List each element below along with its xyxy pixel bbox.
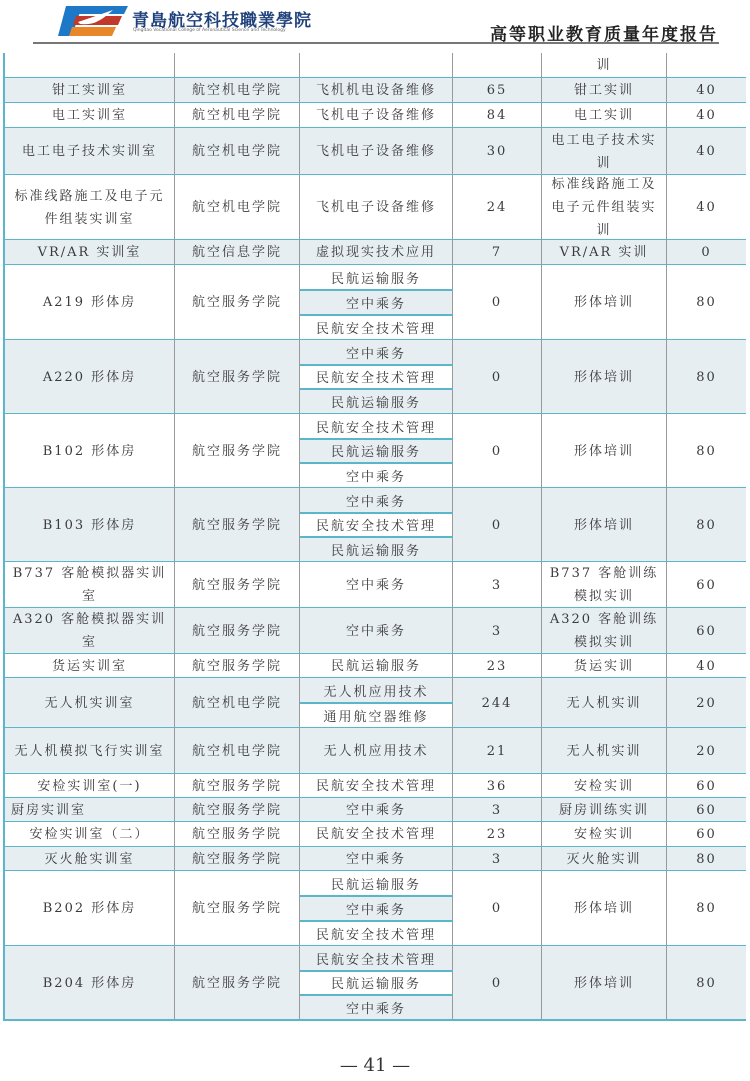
cell-count: 36 (453, 774, 542, 798)
cell-room: 电工实训室 (5, 103, 175, 128)
table-row: 电工实训室航空机电学院飞机电子设备维修84电工实训40 (5, 103, 746, 128)
cell-count: 3 (453, 847, 542, 871)
sub-row-divider (300, 994, 453, 996)
cell-major: 空中乘务 (300, 562, 453, 608)
cell-room: 安检实训室(一) (5, 774, 175, 798)
cell-college: 航空机电学院 (175, 78, 300, 103)
cell-room: B202 形体房 (5, 871, 175, 946)
sub-row-divider (300, 702, 453, 704)
cell-count: 30 (453, 128, 542, 175)
cell-major: 空中乘务 (300, 896, 453, 921)
cell-major (300, 53, 453, 78)
cell-major: 民航安全技术管理 (300, 513, 453, 538)
cell-room: 安检实训室（二） (5, 822, 175, 847)
table-row: B737 客舱模拟器实训室航空服务学院空中乘务3B737 客舱训练模拟实训60 (5, 562, 746, 608)
table-row: B103 形体房航空服务学院空中乘务民航安全技术管理民航运输服务0形体培训80 (5, 488, 746, 562)
school-name-en: Qingdao Vocational College of Aeronautic… (133, 28, 286, 33)
cell-college: 航空服务学院 (175, 608, 300, 654)
cell-count: 0 (453, 414, 542, 488)
cell-major: 无人机应用技术 (300, 728, 453, 774)
cell-major: 空中乘务 (300, 290, 453, 315)
cell-room: 厨房实训室 (5, 798, 175, 822)
cell-count: 244 (453, 678, 542, 728)
cell-major: 无人机应用技术 (300, 678, 453, 703)
cell-capacity: 80 (667, 265, 746, 340)
cell-major: 民航运输服务 (300, 439, 453, 464)
table-row: 标准线路施工及电子元件组装实训室航空机电学院飞机电子设备维修24标准线路施工及电… (5, 175, 746, 240)
cell-project: 厨房训练实训 (542, 798, 667, 822)
cell-room: 无人机实训室 (5, 678, 175, 728)
cell-count: 7 (453, 240, 542, 265)
college-logo-icon (58, 5, 128, 37)
table-row: 安检实训室（二）航空服务学院民航安全技术管理23安检实训60 (5, 822, 746, 847)
table-row: 无人机模拟飞行实训室航空机电学院无人机应用技术21无人机实训20 (5, 728, 746, 774)
table-row: B102 形体房航空服务学院民航安全技术管理民航运输服务空中乘务0形体培训80 (5, 414, 746, 488)
sub-row-divider (300, 920, 453, 922)
cell-college: 航空服务学院 (175, 562, 300, 608)
cell-college: 航空服务学院 (175, 340, 300, 414)
cell-project: 灭火舱实训 (542, 847, 667, 871)
sub-row-divider (300, 512, 453, 514)
cell-major: 空中乘务 (300, 798, 453, 822)
cell-major: 民航安全技术管理 (300, 822, 453, 847)
cell-count: 84 (453, 103, 542, 128)
cell-count: 0 (453, 265, 542, 340)
sub-row-divider (300, 364, 453, 366)
cell-major: 民航安全技术管理 (300, 774, 453, 798)
table-row: 电工电子技术实训室航空机电学院飞机电子设备维修30电工电子技术实训40 (5, 128, 746, 175)
cell-capacity: 0 (667, 240, 746, 265)
cell-major: 通用航空器维修 (300, 703, 453, 728)
cell-college: 航空服务学院 (175, 654, 300, 678)
cell-room: 灭火舱实训室 (5, 847, 175, 871)
cell-major: 民航安全技术管理 (300, 365, 453, 390)
cell-major: 飞机机电设备维修 (300, 78, 453, 103)
cell-capacity (667, 53, 746, 78)
cell-college: 航空信息学院 (175, 240, 300, 265)
cell-major: 飞机电子设备维修 (300, 175, 453, 240)
header-divider (33, 42, 719, 44)
cell-major: 虚拟现实技术应用 (300, 240, 453, 265)
cell-project: 形体培训 (542, 871, 667, 946)
cell-count (453, 53, 542, 78)
cell-college: 航空服务学院 (175, 847, 300, 871)
cell-count: 0 (453, 340, 542, 414)
cell-count: 3 (453, 798, 542, 822)
cell-count: 23 (453, 654, 542, 678)
cell-project: 无人机实训 (542, 678, 667, 728)
cell-room: A220 形体房 (5, 340, 175, 414)
cell-capacity: 80 (667, 847, 746, 871)
cell-college: 航空服务学院 (175, 265, 300, 340)
cell-capacity: 40 (667, 654, 746, 678)
cell-capacity: 40 (667, 175, 746, 240)
table-row: A219 形体房航空服务学院民航运输服务空中乘务民航安全技术管理0形体培训80 (5, 265, 746, 340)
cell-room: 电工电子技术实训室 (5, 128, 175, 175)
cell-room: 钳工实训室 (5, 78, 175, 103)
cell-room (5, 53, 175, 78)
cell-project: A320 客舱训练模拟实训 (542, 608, 667, 654)
cell-major: 民航运输服务 (300, 971, 453, 996)
table-row: VR/AR 实训室航空信息学院虚拟现实技术应用7VR/AR 实训0 (5, 240, 746, 265)
cell-project: 形体培训 (542, 340, 667, 414)
table-row: 无人机实训室航空机电学院无人机应用技术通用航空器维修244无人机实训20 (5, 678, 746, 728)
cell-project: VR/AR 实训 (542, 240, 667, 265)
cell-major: 民航运输服务 (300, 389, 453, 414)
table-row: 安检实训室(一)航空服务学院民航安全技术管理36安检实训60 (5, 774, 746, 798)
cell-college: 航空服务学院 (175, 871, 300, 946)
sub-row-divider (300, 970, 453, 972)
cell-count: 21 (453, 728, 542, 774)
cell-college: 航空机电学院 (175, 103, 300, 128)
cell-major: 空中乘务 (300, 340, 453, 365)
table-row: 钳工实训室航空机电学院飞机机电设备维修65钳工实训40 (5, 78, 746, 103)
cell-project: 安检实训 (542, 822, 667, 847)
cell-college: 航空机电学院 (175, 678, 300, 728)
cell-project: 形体培训 (542, 946, 667, 1020)
cell-room: B204 形体房 (5, 946, 175, 1020)
cell-college (175, 53, 300, 78)
table-row: A220 形体房航空服务学院空中乘务民航安全技术管理民航运输服务0形体培训80 (5, 340, 746, 414)
page-header: 青島航空科技職業學院 Qingdao Vocational College of… (0, 0, 750, 46)
cell-college: 航空服务学院 (175, 488, 300, 562)
cell-project: B737 客舱训练模拟实训 (542, 562, 667, 608)
cell-college: 航空机电学院 (175, 175, 300, 240)
training-room-table: 训钳工实训室航空机电学院飞机机电设备维修65钳工实训40电工实训室航空机电学院飞… (3, 53, 746, 1021)
cell-major: 民航安全技术管理 (300, 946, 453, 971)
table-row: 灭火舱实训室航空服务学院空中乘务3灭火舱实训80 (5, 847, 746, 871)
cell-college: 航空服务学院 (175, 946, 300, 1020)
cell-room: B102 形体房 (5, 414, 175, 488)
cell-college: 航空服务学院 (175, 774, 300, 798)
page-number: — 41 — (0, 1055, 750, 1076)
cell-count: 0 (453, 946, 542, 1020)
cell-major: 民航安全技术管理 (300, 315, 453, 340)
cell-major: 空中乘务 (300, 995, 453, 1020)
cell-project: 标准线路施工及电子元件组装实训 (542, 175, 667, 240)
cell-project: 形体培训 (542, 265, 667, 340)
cell-major: 民航运输服务 (300, 265, 453, 290)
cell-major: 空中乘务 (300, 488, 453, 513)
table-row: A320 客舱模拟器实训室航空服务学院空中乘务3A320 客舱训练模拟实训60 (5, 608, 746, 654)
sub-row-divider (300, 536, 453, 538)
cell-college: 航空机电学院 (175, 128, 300, 175)
cell-major: 民航运输服务 (300, 654, 453, 678)
cell-major: 民航运输服务 (300, 537, 453, 562)
cell-project: 货运实训 (542, 654, 667, 678)
cell-college: 航空服务学院 (175, 414, 300, 488)
cell-room: B103 形体房 (5, 488, 175, 562)
cell-capacity: 20 (667, 728, 746, 774)
cell-capacity: 40 (667, 128, 746, 175)
cell-major: 空中乘务 (300, 608, 453, 654)
cell-capacity: 40 (667, 78, 746, 103)
cell-capacity: 60 (667, 608, 746, 654)
row-divider (5, 1019, 746, 1021)
cell-project: 形体培训 (542, 414, 667, 488)
cell-major: 飞机电子设备维修 (300, 103, 453, 128)
cell-count: 3 (453, 562, 542, 608)
cell-project: 电工电子技术实训 (542, 128, 667, 175)
sub-row-divider (300, 388, 453, 390)
sub-row-divider (300, 462, 453, 464)
sub-row-divider (300, 438, 453, 440)
cell-capacity: 80 (667, 340, 746, 414)
cell-project: 无人机实训 (542, 728, 667, 774)
table-row: 训 (5, 53, 746, 78)
table-row: B202 形体房航空服务学院民航运输服务空中乘务民航安全技术管理0形体培训80 (5, 871, 746, 946)
cell-count: 23 (453, 822, 542, 847)
cell-capacity: 80 (667, 871, 746, 946)
cell-major: 空中乘务 (300, 463, 453, 488)
table-row: 货运实训室航空服务学院民航运输服务23货运实训40 (5, 654, 746, 678)
cell-count: 3 (453, 608, 542, 654)
table-row: B204 形体房航空服务学院民航安全技术管理民航运输服务空中乘务0形体培训80 (5, 946, 746, 1020)
cell-capacity: 60 (667, 774, 746, 798)
cell-major: 民航安全技术管理 (300, 414, 453, 439)
cell-capacity: 80 (667, 488, 746, 562)
sub-row-divider (300, 314, 453, 316)
cell-project: 电工实训 (542, 103, 667, 128)
cell-room: 标准线路施工及电子元件组装实训室 (5, 175, 175, 240)
cell-college: 航空服务学院 (175, 798, 300, 822)
cell-project: 安检实训 (542, 774, 667, 798)
cell-count: 0 (453, 488, 542, 562)
cell-capacity: 40 (667, 103, 746, 128)
cell-capacity: 60 (667, 822, 746, 847)
table-row: 厨房实训室航空服务学院空中乘务3厨房训练实训60 (5, 798, 746, 822)
cell-room: A320 客舱模拟器实训室 (5, 608, 175, 654)
cell-capacity: 60 (667, 562, 746, 608)
cell-capacity: 80 (667, 414, 746, 488)
cell-major: 民航安全技术管理 (300, 921, 453, 946)
cell-major: 空中乘务 (300, 847, 453, 871)
cell-project: 训 (542, 53, 667, 78)
cell-room: VR/AR 实训室 (5, 240, 175, 265)
cell-room: 货运实训室 (5, 654, 175, 678)
sub-row-divider (300, 289, 453, 291)
cell-college: 航空服务学院 (175, 822, 300, 847)
cell-count: 65 (453, 78, 542, 103)
cell-room: B737 客舱模拟器实训室 (5, 562, 175, 608)
cell-project: 钳工实训 (542, 78, 667, 103)
cell-capacity: 60 (667, 798, 746, 822)
cell-capacity: 80 (667, 946, 746, 1020)
cell-count: 24 (453, 175, 542, 240)
cell-capacity: 20 (667, 678, 746, 728)
cell-project: 形体培训 (542, 488, 667, 562)
cell-major: 民航运输服务 (300, 871, 453, 896)
cell-major: 飞机电子设备维修 (300, 128, 453, 175)
sub-row-divider (300, 895, 453, 897)
cell-room: A219 形体房 (5, 265, 175, 340)
cell-count: 0 (453, 871, 542, 946)
cell-room: 无人机模拟飞行实训室 (5, 728, 175, 774)
cell-college: 航空机电学院 (175, 728, 300, 774)
